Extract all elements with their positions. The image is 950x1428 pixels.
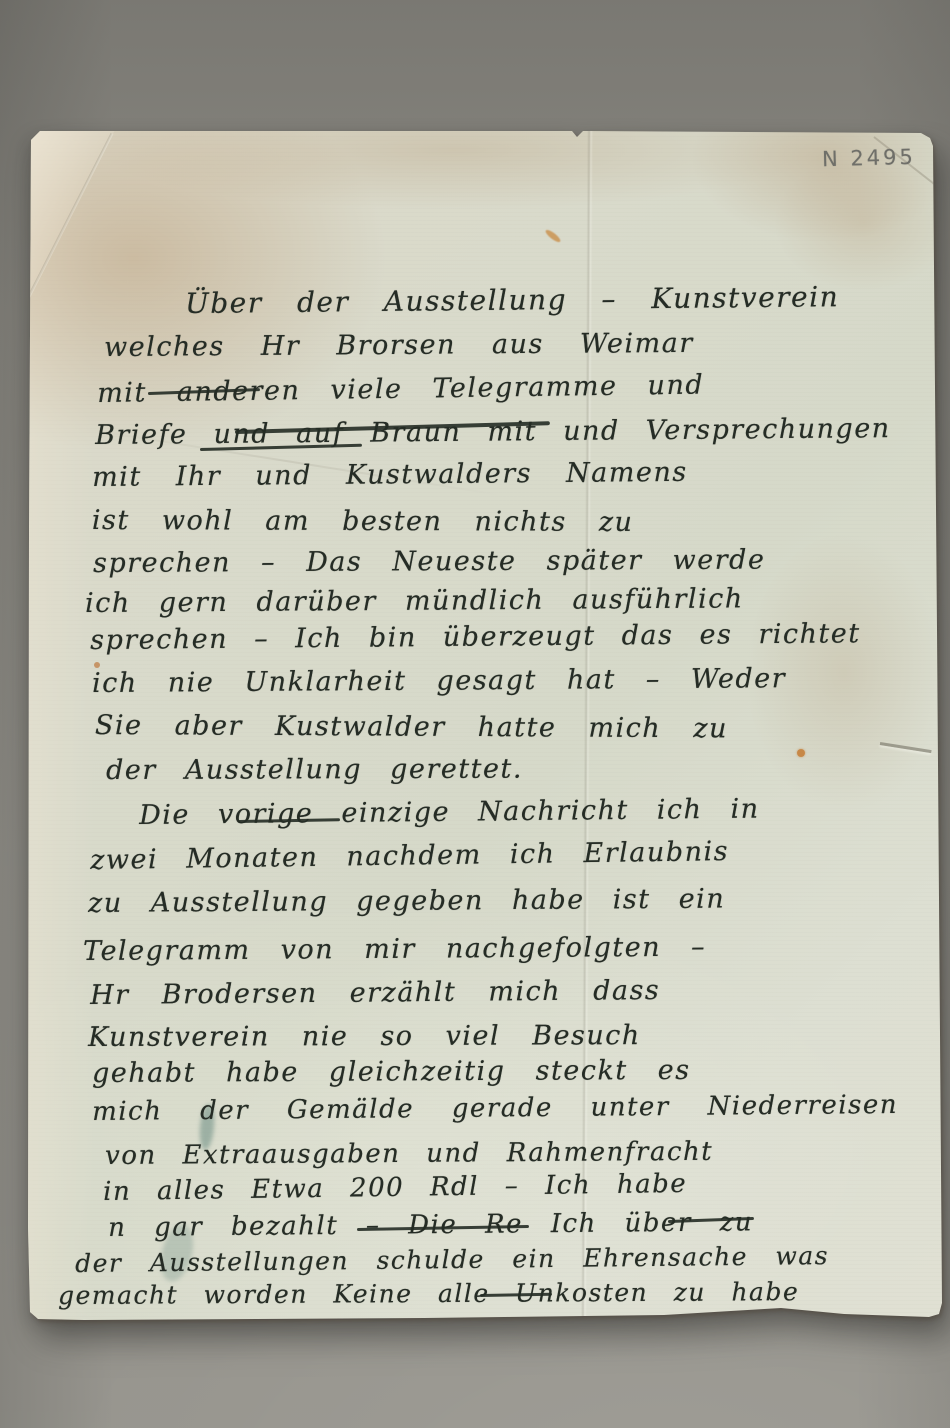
handwriting-line: Hr Brodersen erzählt mich dass (90, 975, 660, 1011)
right-edge-crease (880, 742, 932, 753)
handwriting-line: zu Ausstellung gegeben habe ist ein (88, 884, 725, 919)
handwriting-line: mit Ihr und Kustwalders Namens (92, 457, 688, 493)
handwriting-line: mit anderen viele Telegramme und (97, 370, 704, 410)
handwriting-line: zwei Monaten nachdem ich Erlaubnis (90, 836, 729, 876)
handwriting-line: mich der Gemälde gerade unter Niederreis… (92, 1091, 898, 1128)
handwriting-line: ich nie Unklarheit gesagt hat – Weder (92, 663, 786, 699)
corner-fold-crease (24, 128, 120, 310)
handwriting-line: ist wohl am besten nichts zu (92, 505, 634, 538)
handwriting-line: gemacht worden Keine alle Unkosten zu ha… (58, 1278, 799, 1311)
foxing-spot (797, 749, 805, 757)
handwriting-line: von Extraausgaben und Rahmenfracht (105, 1138, 713, 1172)
handwriting-line: der Ausstellungen schulde ein Ehrensache… (75, 1242, 829, 1279)
handwriting-line: in alles Etwa 200 Rdl – Ich habe (103, 1170, 687, 1208)
handwriting-line: Briefe und auf Braun mit und Versprechun… (95, 413, 891, 451)
handwriting-line: Über der Ausstellung – Kunstverein (185, 281, 839, 320)
handwriting-line: der Ausstellung gerettet. (106, 754, 523, 787)
handwriting-line: Sie aber Kustwalder hatte mich zu (95, 710, 728, 744)
handwriting-line: gehabt habe gleichzeitig steckt es (92, 1055, 691, 1089)
photo-backdrop: N 2495 Über der Ausstellung – Kunstverei… (0, 0, 950, 1428)
manuscript-paper: N 2495 Über der Ausstellung – Kunstverei… (24, 128, 944, 1322)
handwriting-line: Telegramm von mir nachgefolgten – (83, 932, 706, 967)
handwriting-line: Kunstverein nie so viel Besuch (88, 1020, 641, 1053)
handwriting-line: welches Hr Brorsen aus Weimar (104, 328, 694, 363)
handwriting-line: sprechen – Ich bin überzeugt das es rich… (90, 618, 861, 656)
handwriting-line: ich gern darüber mündlich ausführlich (85, 583, 744, 619)
catalog-number: N 2495 (822, 145, 916, 171)
handwriting-line: sprechen – Das Neueste später werde (93, 544, 765, 579)
foxing-spot (544, 228, 562, 244)
handwriting-line: Die vorige einzige Nachricht ich in (139, 794, 760, 832)
